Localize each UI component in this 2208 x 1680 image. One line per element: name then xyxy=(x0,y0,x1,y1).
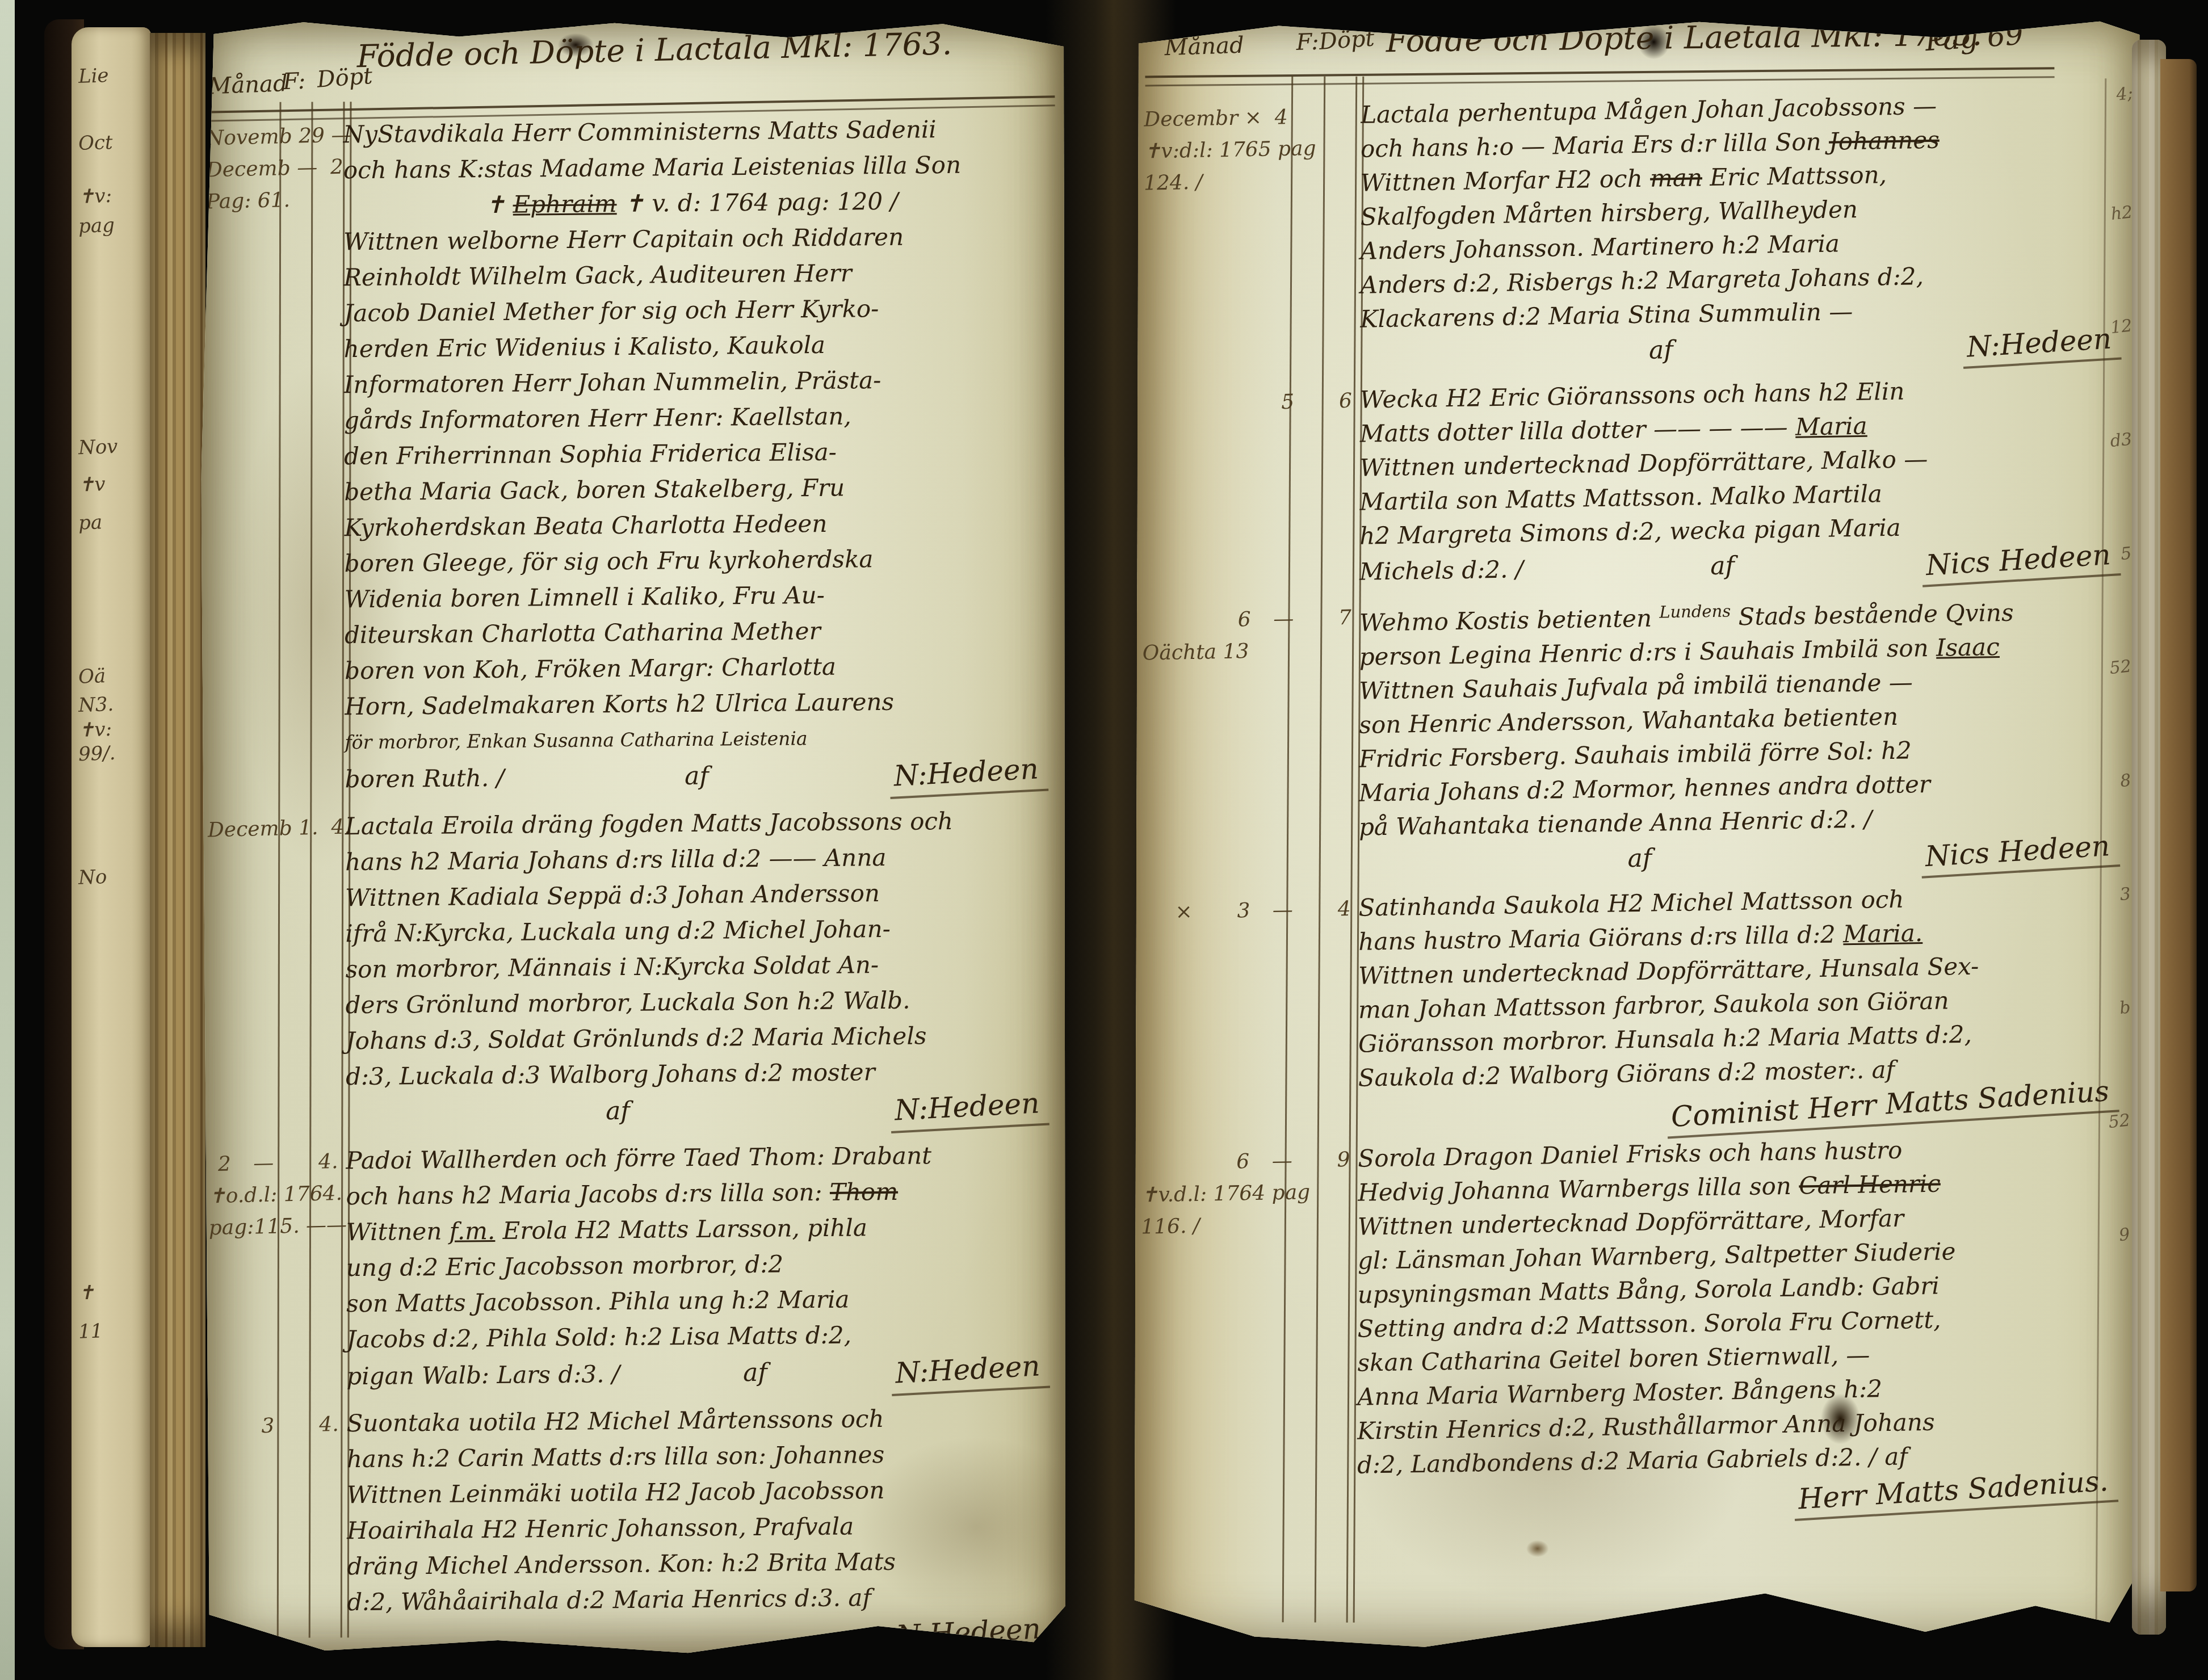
record-text: och hans h:o — Maria Ers d:r lilla Son xyxy=(1361,128,1829,163)
entry-margin: 3 4. xyxy=(204,1405,347,1661)
page-title: Födde och Döpte i Lactala Mkl: 1763. xyxy=(356,26,952,73)
record-text: hans hustro Maria Giörans d:rs lilla d:2 xyxy=(1358,920,1843,955)
record-text: Johannes xyxy=(1829,126,1940,156)
record-line: Suontaka uotila H2 Michel Mårtenssons oc… xyxy=(346,1399,1062,1441)
page-edge-fragment: ✝v xyxy=(78,474,106,495)
margin-note: Novemb 29 — xyxy=(200,120,343,155)
record-line: betha Maria Gack, boren Stakelberg, Fru xyxy=(344,468,1060,510)
record-text: Matts dotter lilla dotter —— — —— xyxy=(1359,413,1795,448)
record-line: hans h2 Maria Johans d:rs lilla d:2 —— A… xyxy=(345,838,1061,880)
record-text: h2 Margreta Simons d:2, wecka pigan Mari… xyxy=(1359,514,1901,550)
edge-mark: 5 xyxy=(2120,544,2133,564)
record-text: Wittnen Leinmäki uotila H2 Jacob Jacobss… xyxy=(347,1476,885,1509)
record-text: man Johan Mattsson farbror, Saukola son … xyxy=(1358,986,1949,1023)
edge-fragments: LieOct✝v:pagNov✝vpaOäN3.✝v:99/.No✝11 xyxy=(72,27,151,1647)
entry-body: Sorola Dragon Daniel Frisks och hans hus… xyxy=(1357,1142,2131,1523)
record-text: boren Gleege, för sig och Fru kyrkoherds… xyxy=(344,545,873,577)
record-text: af xyxy=(1710,549,1735,583)
right-page: Månad F: Döpt Födde och Döpte i Laetala … xyxy=(1134,12,2140,1662)
record-text: Setting andra d:2 Mattsson. Sorola Fru C… xyxy=(1357,1306,1941,1343)
record-text: Maria. xyxy=(1843,919,1923,948)
margin-note: Pag: 61. xyxy=(200,183,343,219)
entry-body: Satinhanda Saukola H2 Michel Mattsson oc… xyxy=(1358,891,2132,1136)
record-line: Widenia boren Limnell i Kaliko, Fru Au- xyxy=(345,575,1060,617)
record-text: person Legina Henric d:rs i Sauhais Imbi… xyxy=(1359,634,1936,671)
page-edge-fragment: pa xyxy=(78,512,102,533)
record-line: Reinholdt Wilhelm Gack, Auditeuren Herr xyxy=(343,253,1059,295)
record-line: för morbror, Enkan Susanna Catharina Lei… xyxy=(345,718,1060,760)
page-edge-fragment: Oct xyxy=(78,132,113,154)
entry-margin: × 3 — 4 xyxy=(1136,891,1359,1134)
record-line: hans h:2 Carin Matts d:rs lilla son: Joh… xyxy=(347,1435,1063,1477)
record-text: Wittnen undertecknad Dopförrättare, Malk… xyxy=(1359,445,1928,482)
record-text: Jacob Daniel Mether for sig och Herr Kyr… xyxy=(343,295,879,327)
record-text: hans h:2 Carin Matts d:rs lilla son: Joh… xyxy=(347,1440,885,1473)
page-edge-fragment: 11 xyxy=(78,1321,103,1342)
record-line: diteurskan Charlotta Catharina Mether xyxy=(345,611,1060,653)
record-text: f.m. xyxy=(449,1217,495,1245)
book-board-right xyxy=(2160,59,2197,1591)
entry-body: Suontaka uotila H2 Michel Mårtenssons oc… xyxy=(347,1404,1063,1660)
record-text: Giöransson morbror. Hunsala h:2 Maria Ma… xyxy=(1358,1020,1972,1058)
signature: N:Hedeen xyxy=(891,1610,1051,1659)
record-text: gl: Länsman Johan Warnberg, Saltpetter S… xyxy=(1358,1237,1956,1275)
margin-note: pag:115. —— xyxy=(203,1209,346,1245)
record-entry: Decemb 1. 4.Lactala Eroila dräng fogden … xyxy=(202,807,1061,1135)
record-line: Kyrkoherdskan Beata Charlotta Hedeen xyxy=(344,503,1060,545)
record-line: son morbror, Männais i N:Kyrcka Soldat A… xyxy=(345,945,1061,987)
margin-note: × 3 — 4 xyxy=(1136,893,1359,929)
record-text: gårds Informatoren Herr Henr: Kaellstan, xyxy=(344,402,851,435)
signature: Nics Hedeen xyxy=(1920,537,2121,587)
edge-mark: d3 xyxy=(2109,430,2133,451)
record-line: d:2, Wåhåairihala d:2 Maria Henrics d:3.… xyxy=(347,1578,1063,1620)
page-edge-fragment: 99/. xyxy=(78,743,116,765)
record-entry: 6 — 9✝v.d.l: 1764 pag116. /Sorola Dragon… xyxy=(1135,1141,2131,1523)
record-line: Informatoren Herr Johan Nummelin, Prästa… xyxy=(344,360,1060,402)
record-text: Wittnen welborne Herr Capitain och Ridda… xyxy=(343,223,904,256)
record-line: ders Grönlund morbror, Luckala Son h:2 W… xyxy=(345,981,1061,1023)
record-line: Lactala Eroila dräng fogden Matts Jacobs… xyxy=(345,802,1061,844)
record-text: Suontaka uotila H2 Michel Mårtenssons oc… xyxy=(346,1405,884,1437)
page-edge-fragment: pag xyxy=(78,215,115,237)
record-text: Wittnen undertecknad Dopförrättare, Morf… xyxy=(1358,1204,1904,1241)
record-text: Wittnen undertecknad Dopförrättare, Huns… xyxy=(1358,952,1979,990)
margin-note: ✝v.d.l: 1764 pag xyxy=(1135,1176,1358,1212)
entry-body: NyStavdikala Herr Comministerns Matts Sa… xyxy=(343,115,1060,800)
record-text: ung d:2 Eric Jacobsson morbror, d:2 xyxy=(346,1250,784,1282)
record-text: Maria xyxy=(1795,412,1867,441)
record-text: Johans d:3, Soldat Grönlunds d:2 Maria M… xyxy=(346,1022,927,1055)
record-line: gårds Informatoren Herr Henr: Kaellstan, xyxy=(344,396,1060,438)
record-line: Padoi Wallherden och förre Taed Thom: Dr… xyxy=(346,1136,1061,1178)
record-text: Anders Johansson. Martinero h:2 Maria xyxy=(1360,229,1840,264)
record-line: afN:Hedeen xyxy=(346,1088,1061,1135)
margin-note: ✝o.d.l: 1764. xyxy=(203,1178,346,1213)
record-line: Wittnen f.m. Erola H2 Matts Larsson, pih… xyxy=(346,1208,1061,1250)
record-text: boren Ruth. / xyxy=(345,760,505,797)
record-line: boren Gleege, för sig och Fru kyrkoherds… xyxy=(344,539,1060,581)
edge-mark: 4; xyxy=(2115,85,2134,104)
record-text: af xyxy=(743,1355,767,1391)
entry-margin: 6 — 9✝v.d.l: 1764 pag116. / xyxy=(1135,1141,1358,1521)
page-edge-fragment: Nov xyxy=(78,436,118,458)
record-line: son Matts Jacobsson. Pihla ung h:2 Maria xyxy=(346,1279,1062,1321)
record-entry: Novemb 29 —Decemb — 2Pag: 61.NyStavdikal… xyxy=(200,115,1060,801)
page-block-edge-left xyxy=(150,33,205,1647)
entries-list: Novemb 29 —Decemb — 2Pag: 61.NyStavdikal… xyxy=(200,115,1063,1641)
page-edge-fragment: ✝v: xyxy=(78,719,112,741)
record-text: Ephraim xyxy=(513,190,616,219)
edge-marks: 4;h212d355283b529 xyxy=(2091,15,2135,1662)
record-line: den Friherrinnan Sophia Friderica Elisa- xyxy=(344,432,1060,474)
record-text: Padoi Wallherden och förre Taed Thom: Dr… xyxy=(346,1141,931,1174)
page-edge-fragment: No xyxy=(78,867,107,888)
entries-list: Decembr × 4✝v:d:l: 1765 pag124. /Lactala… xyxy=(1134,98,2134,1640)
record-line: Wittnen welborne Herr Capitain och Ridda… xyxy=(343,217,1059,259)
record-text: Maria Johans d:2 Mormor, hennes andra do… xyxy=(1359,770,1931,807)
margin-note: 5 6 xyxy=(1137,385,1361,421)
record-line: N:Hedeen xyxy=(347,1614,1063,1660)
record-text: Anders d:2, Risbergs h:2 Margreta Johans… xyxy=(1360,262,1924,299)
edge-mark: 52 xyxy=(2108,1111,2131,1132)
record-line: Jacob Daniel Mether for sig och Herr Kyr… xyxy=(343,289,1059,331)
record-line: och hans K:stas Madame Maria Leistenias … xyxy=(343,146,1059,188)
record-text: Skalfogden Mårten hirsberg, Wallheyden xyxy=(1360,195,1858,231)
record-text: Eric Mattsson, xyxy=(1702,161,1887,191)
record-text: upsyningsman Matts Bång, Sorola Landb: G… xyxy=(1357,1272,1940,1309)
record-text: Kyrkoherdskan Beata Charlotta Hedeen xyxy=(344,510,827,541)
signature: N:Hedeen xyxy=(889,1347,1050,1396)
signature: N:Hedeen xyxy=(888,750,1049,799)
margin-note: Decemb 1. 4. xyxy=(202,812,345,847)
record-line: boren Ruth. /afN:Hedeen xyxy=(345,754,1060,800)
record-text: d:2, Wåhåairihala d:2 Maria Henrics d:3.… xyxy=(347,1584,871,1616)
record-text: Wittnen Sauhais Jufvala på imbilä tienan… xyxy=(1359,668,1913,704)
record-text: Isaac xyxy=(1936,633,2000,662)
record-entry: 3 4.Suontaka uotila H2 Michel Mårtensson… xyxy=(204,1404,1063,1661)
record-line: Johans d:3, Soldat Grönlunds d:2 Maria M… xyxy=(346,1017,1061,1059)
entry-body: Padoi Wallherden och förre Taed Thom: Dr… xyxy=(346,1141,1061,1397)
record-line: d:3, Luckala d:3 Walborg Johans d:2 most… xyxy=(346,1052,1061,1094)
record-text: af xyxy=(1649,333,1673,368)
born-column-label: F: xyxy=(1296,30,1319,55)
record-text: Wittnen xyxy=(346,1217,450,1246)
margin-note: Decemb — 2 xyxy=(200,152,343,187)
record-text: Widenia boren Limnell i Kaliko, Fru Au- xyxy=(345,581,825,613)
record-text: Wehmo Kostis betienten xyxy=(1359,604,1660,636)
page-edge-fragment: ✝ xyxy=(78,1283,95,1304)
record-text: ders Grönlund morbror, Luckala Son h:2 W… xyxy=(346,986,910,1019)
record-text: betha Maria Gack, boren Stakelberg, Fru xyxy=(344,474,845,506)
record-line: NyStavdikala Herr Comministerns Matts Sa… xyxy=(343,110,1059,152)
record-text: Anna Maria Warnberg Moster. Bångens h:2 xyxy=(1357,1375,1882,1411)
record-line: ✝ Ephraim ✝ v. d: 1764 pag: 120 / xyxy=(343,182,1059,224)
record-text: herden Eric Widenius i Kalisto, Kaukola xyxy=(343,331,825,363)
record-text: skan Catharina Geitel boren Stiernwall, … xyxy=(1357,1341,1870,1377)
record-text: Reinholdt Wilhelm Gack, Auditeuren Herr xyxy=(343,259,852,292)
page-edge-fragment: ✝v: xyxy=(78,186,112,207)
margin-note: 3 4. xyxy=(203,1409,347,1444)
month-column-label: Månad xyxy=(208,71,288,99)
margin-note: Decembr × 4 xyxy=(1138,100,1361,136)
record-entry: Decembr × 4✝v:d:l: 1765 pag124. /Lactala… xyxy=(1137,98,2134,377)
record-text: son morbror, Männais i N:Kyrcka Soldat A… xyxy=(345,951,879,983)
signature: Nics Hedeen xyxy=(1920,828,2120,879)
entry-margin: Novemb 29 —Decemb — 2Pag: 61. xyxy=(200,116,345,801)
margin-note: 116. / xyxy=(1135,1208,1358,1244)
record-text: d:2, Landbondens d:2 Maria Gabriels d:2.… xyxy=(1357,1442,1908,1479)
entry-body: Wehmo Kostis betienten Lundens Stads bes… xyxy=(1359,600,2133,885)
entry-margin: 2 — 4.✝o.d.l: 1764.pag:115. —— xyxy=(203,1143,346,1398)
edge-mark: 12 xyxy=(2110,317,2133,337)
scanner-edge-strip xyxy=(0,0,15,1680)
record-text: ✝ xyxy=(485,191,513,219)
edge-mark: 8 xyxy=(2119,771,2132,791)
record-text: Carl Henric xyxy=(1799,1170,1941,1200)
record-text: dräng Michel Andersson. Kon: h:2 Brita M… xyxy=(347,1548,896,1580)
record-text: ✝ v. d: 1764 pag: 120 / xyxy=(616,187,898,217)
signature: N:Hedeen xyxy=(889,1085,1050,1133)
record-text: man xyxy=(1650,163,1703,192)
record-line: Horn, Sadelmakaren Korts h2 Ulrica Laure… xyxy=(345,682,1060,724)
margin-note: 124. / xyxy=(1138,164,1361,200)
record-text: Saukola d:2 Walborg Giörans d:2 moster:.… xyxy=(1358,1056,1895,1092)
record-text: Erola H2 Matts Larsson, pihla xyxy=(495,1213,867,1245)
record-line: Jacobs d:2, Pihla Sold: h:2 Lisa Matts d… xyxy=(346,1315,1062,1357)
page-edge-stack-left: LieOct✝v:pagNov✝vpaOäN3.✝v:99/.No✝11 xyxy=(72,27,151,1647)
record-text: pigan Walb: Lars d:3. / xyxy=(346,1356,620,1394)
record-text: Hoairihala H2 Henric Johansson, Prafvala xyxy=(347,1513,854,1545)
edge-mark: h2 xyxy=(2110,203,2133,224)
record-text: och hans h2 Maria Jacobs d:rs lilla son: xyxy=(346,1178,830,1210)
entry-body: Lactala perhentupa Mågen Johan Jacobsson… xyxy=(1360,98,2134,377)
record-text: NyStavdikala Herr Comministerns Matts Sa… xyxy=(343,115,936,148)
margin-note: 6 — 9 xyxy=(1135,1144,1358,1180)
record-line: ifrå N:Kyrcka, Luckala ung d:2 Michel Jo… xyxy=(345,909,1061,951)
record-text: Lactala perhentupa Mågen Johan Jacobsson… xyxy=(1361,92,1937,129)
margin-note: 2 — 4. xyxy=(203,1146,346,1181)
record-text: och hans K:stas Madame Maria Leistenias … xyxy=(343,151,962,184)
entry-margin: 5 6 xyxy=(1137,383,1360,592)
record-text: boren von Koh, Fröken Margr: Charlotta xyxy=(345,653,836,685)
record-line: Hoairihala H2 Henric Johansson, Prafvala xyxy=(347,1506,1063,1548)
record-text: Informatoren Herr Johan Nummelin, Prästa… xyxy=(344,366,881,398)
record-text: den Friherrinnan Sophia Friderica Elisa- xyxy=(344,438,837,471)
record-text: för morbror, Enkan Susanna Catharina Lei… xyxy=(345,727,807,753)
record-text: Lactala Eroila dräng fogden Matts Jacobs… xyxy=(345,807,953,840)
edge-mark: b xyxy=(2118,998,2131,1018)
parish-register-scan: LieOct✝v:pagNov✝vpaOäN3.✝v:99/.No✝11 Mån… xyxy=(0,0,2208,1680)
record-text: af xyxy=(1627,842,1652,876)
page-edge-fragment: Oä xyxy=(78,666,106,687)
entry-margin: 6 — 7Oächta 13 xyxy=(1136,599,1359,883)
record-text: Thom xyxy=(830,1178,899,1206)
entry-body: Wecka H2 Eric Giöranssons och hans h2 El… xyxy=(1359,383,2133,594)
record-text: Wecka H2 Eric Giöranssons och hans h2 El… xyxy=(1360,377,1905,414)
record-entry: 2 — 4.✝o.d.l: 1764.pag:115. ——Padoi Wall… xyxy=(203,1141,1061,1398)
record-line: dräng Michel Andersson. Kon: h:2 Brita M… xyxy=(347,1542,1063,1584)
record-text: Wittnen Morfar H2 och xyxy=(1361,165,1651,197)
entry-margin: Decembr × 4✝v:d:l: 1765 pag124. / xyxy=(1137,98,1361,375)
record-line: boren von Koh, Fröken Margr: Charlotta xyxy=(345,646,1060,688)
record-text: Klackarens d:2 Maria Stina Summulin — xyxy=(1360,297,1853,333)
record-text: Martila son Matts Mattsson. Malko Martil… xyxy=(1359,480,1882,515)
record-line: ung d:2 Eric Jacobsson morbror, d:2 xyxy=(346,1244,1062,1286)
entry-body: Lactala Eroila dräng fogden Matts Jacobs… xyxy=(345,807,1061,1135)
record-text: Wittnen Kadiala Seppä d:3 Johan Andersso… xyxy=(345,879,880,912)
record-entry: × 3 — 4Satinhanda Saukola H2 Michel Matt… xyxy=(1136,891,2132,1136)
record-entry: 5 6Wecka H2 Eric Giöranssons och hans h2… xyxy=(1137,383,2133,594)
page-number: Pag 69 xyxy=(1924,19,2024,56)
page-title: Födde och Döpte i Laetala Mkl: 1763. xyxy=(1386,17,1982,58)
record-text: Hedvig Johanna Warnbergs lilla son xyxy=(1358,1172,1799,1207)
record-text: af xyxy=(685,758,709,794)
edge-mark: 52 xyxy=(2109,657,2132,678)
month-column-label: Månad xyxy=(1164,33,1244,60)
record-text: diteurskan Charlotta Catharina Mether xyxy=(345,617,821,649)
record-line: Wittnen Leinmäki uotila H2 Jacob Jacobss… xyxy=(347,1471,1063,1513)
edge-mark: 3 xyxy=(2119,885,2131,904)
record-line: herden Eric Widenius i Kalisto, Kaukola xyxy=(343,325,1059,367)
record-line: Wittnen Kadiala Seppä d:3 Johan Andersso… xyxy=(345,873,1061,915)
page-edge-fragment: N3. xyxy=(78,694,114,716)
record-text: ifrå N:Kyrcka, Luckala ung d:2 Michel Jo… xyxy=(345,915,891,947)
record-line: pigan Walb: Lars d:3. /afN:Hedeen xyxy=(346,1351,1062,1397)
record-text: af xyxy=(606,1093,630,1129)
record-text: d:3, Luckala d:3 Walborg Johans d:2 most… xyxy=(346,1058,875,1090)
record-text: Lundens xyxy=(1659,601,1731,621)
record-text: Fridric Forsberg. Sauhais imbilä förre S… xyxy=(1359,736,1912,772)
record-text: på Wahantaka tienande Anna Henric d:2. / xyxy=(1359,805,1873,841)
edge-mark: 9 xyxy=(2118,1225,2130,1245)
record-text: hans h2 Maria Johans d:rs lilla d:2 —— A… xyxy=(345,843,887,876)
record-text: Stads bestående Qvins xyxy=(1731,599,2014,631)
born-column-label: F: xyxy=(283,69,306,94)
record-text: Horn, Sadelmakaren Korts h2 Ulrica Laure… xyxy=(345,688,894,720)
record-text: son Matts Jacobsson. Pihla ung h:2 Maria xyxy=(346,1286,850,1318)
record-text: son Henric Andersson, Wahantaka betiente… xyxy=(1359,703,1898,739)
record-text: Michels d:2. / xyxy=(1359,552,1524,589)
left-page: Månad F: Döpt Födde och Döpte i Lactala … xyxy=(200,17,1068,1661)
record-text: Kirstin Henrics d:2, Rusthållarmor Anna … xyxy=(1357,1408,1935,1445)
baptized-column-label: Döpt xyxy=(1318,26,1375,54)
record-line: och hans h2 Maria Jacobs d:rs lilla son:… xyxy=(346,1172,1061,1214)
record-text: Sorola Dragon Daniel Frisks och hans hus… xyxy=(1358,1136,1903,1173)
record-text: Satinhanda Saukola H2 Michel Mattsson oc… xyxy=(1358,885,1904,922)
record-text: Jacobs d:2, Pihla Sold: h:2 Lisa Matts d… xyxy=(346,1321,851,1354)
record-entry: 6 — 7Oächta 13Wehmo Kostis betienten Lun… xyxy=(1136,599,2133,885)
margin-note: 6 — 7 xyxy=(1137,602,1360,638)
margin-note: ✝v:d:l: 1765 pag xyxy=(1138,132,1361,168)
page-edge-fragment: Lie xyxy=(78,65,109,87)
entry-margin: Decemb 1. 4. xyxy=(202,808,346,1135)
margin-note: Oächta 13 xyxy=(1136,634,1359,670)
